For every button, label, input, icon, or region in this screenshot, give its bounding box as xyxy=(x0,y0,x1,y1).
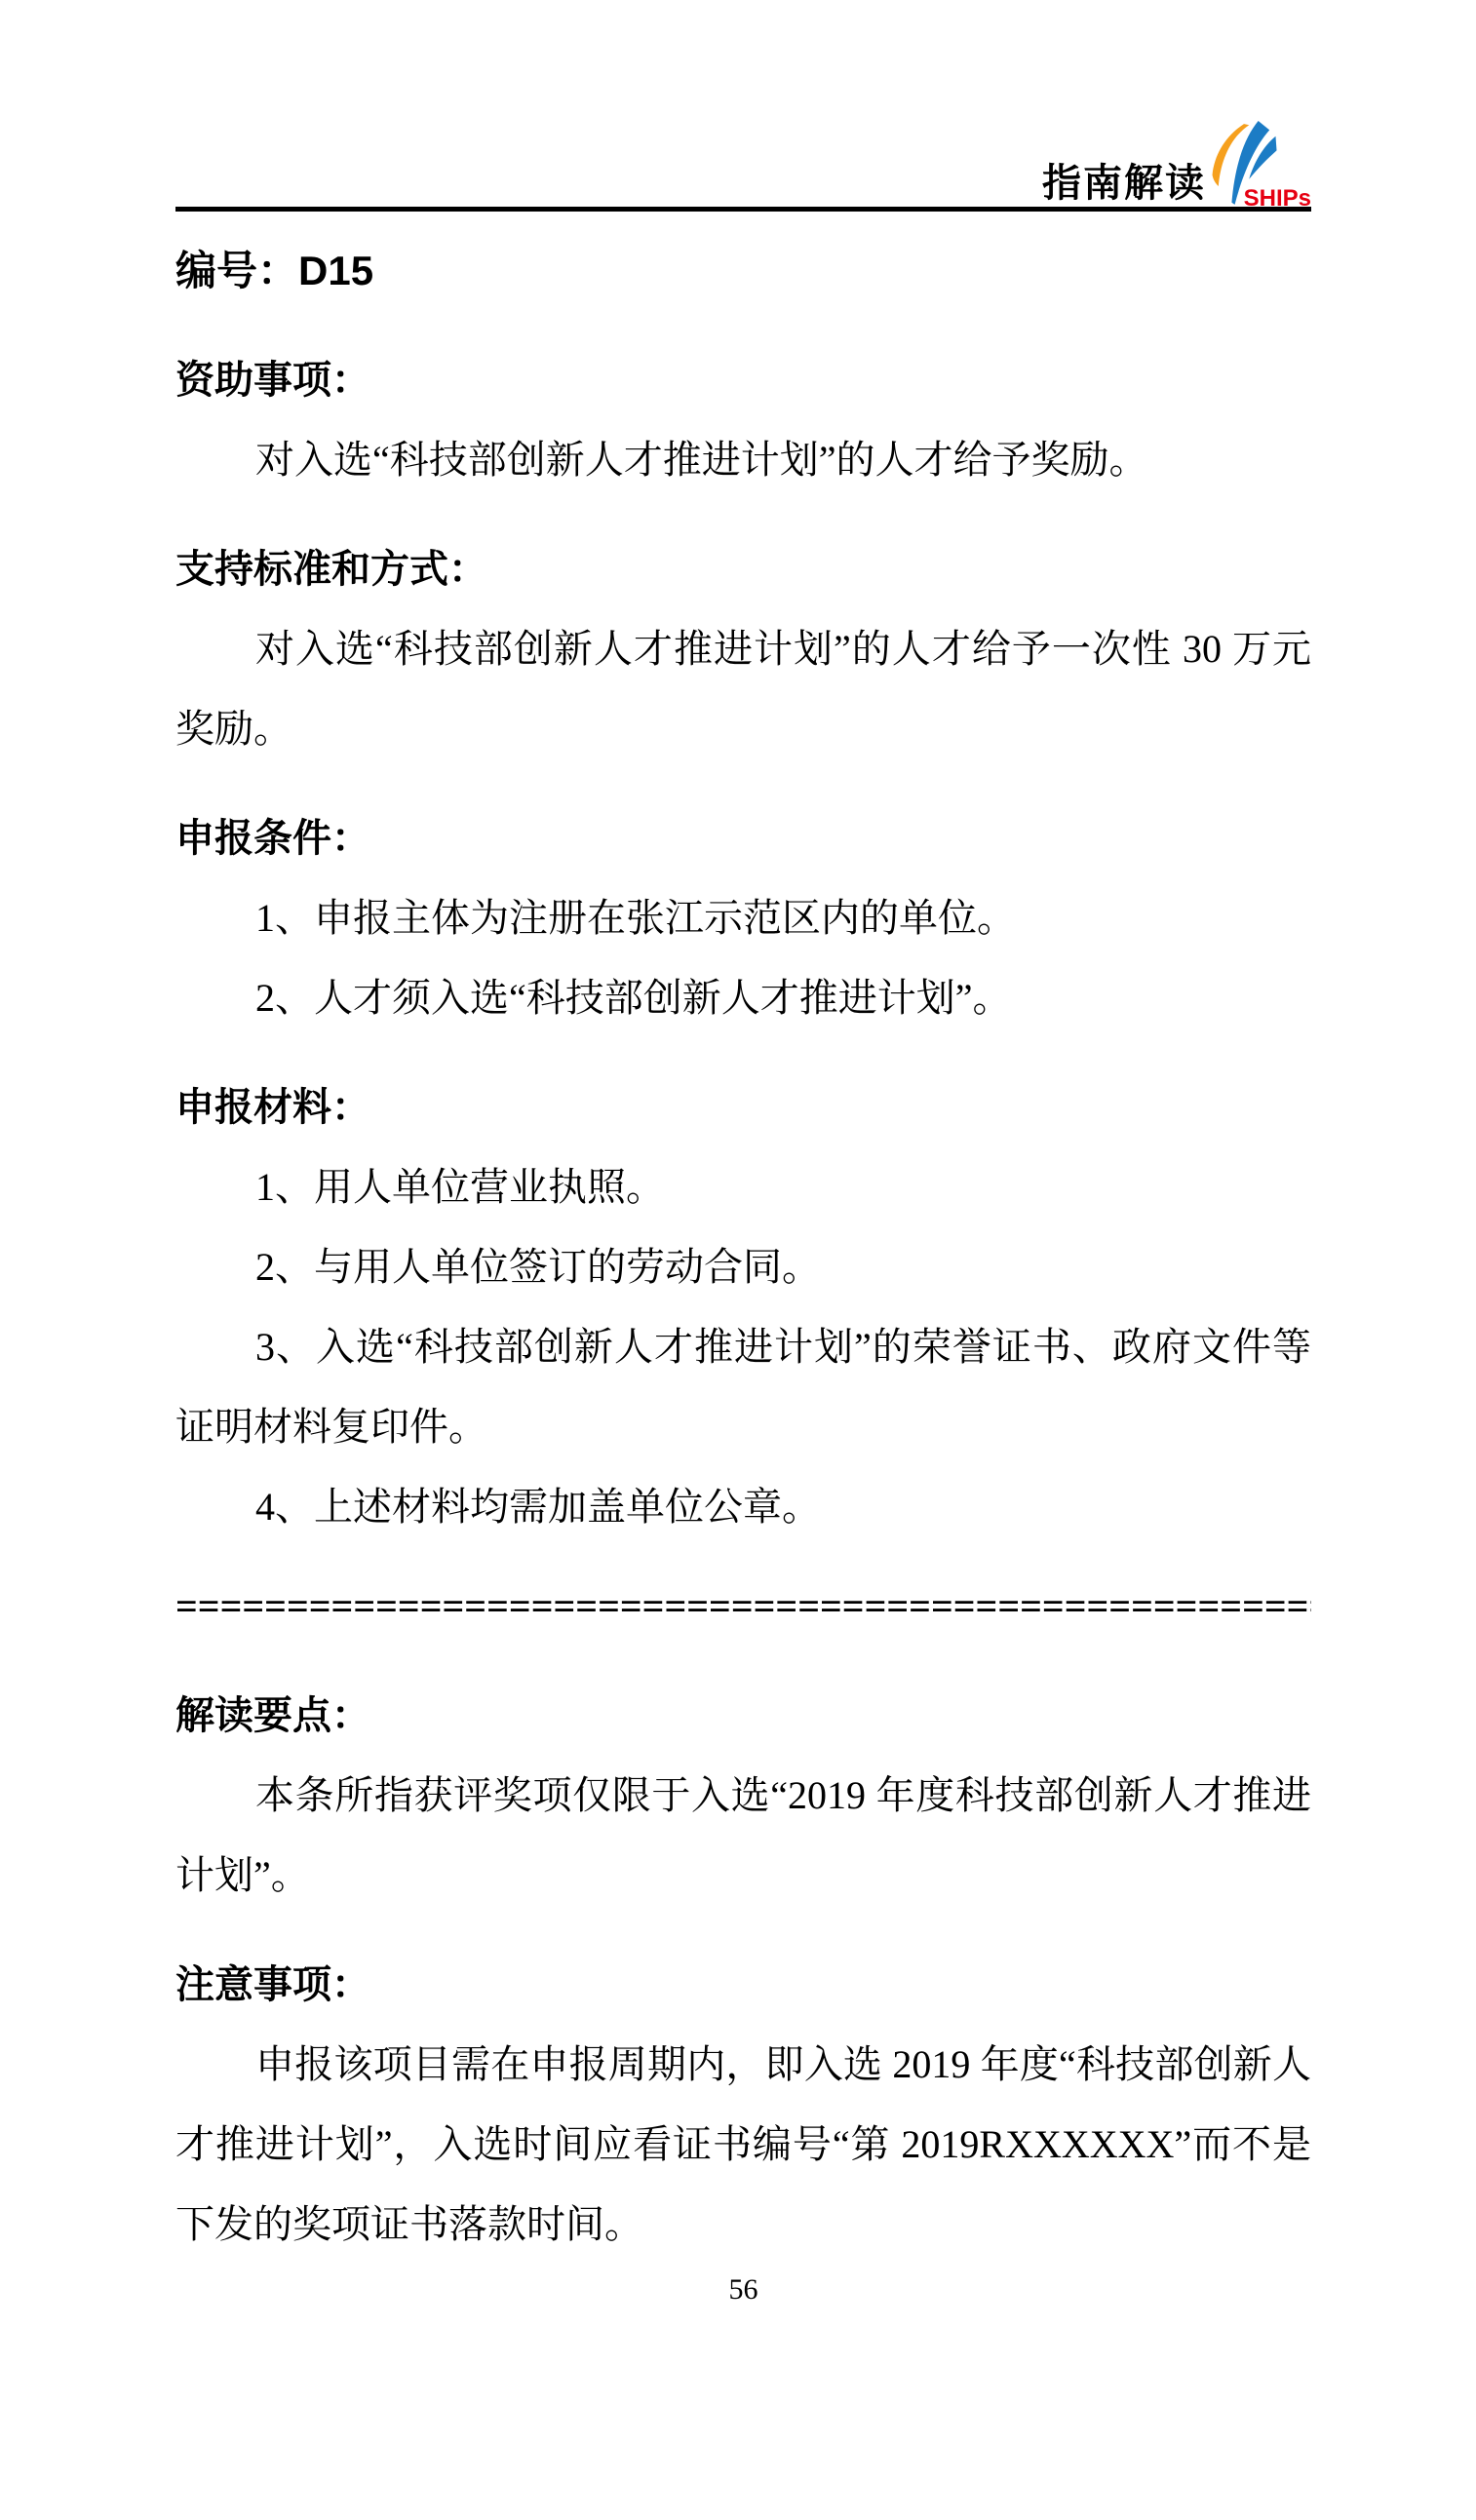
doc-number: 编号：D15 xyxy=(175,231,1311,311)
material-item: 2、与用人单位签订的劳动合同。 xyxy=(175,1227,1311,1307)
support-standard-paragraph: 对入选“科技部创新人才推进计划”的人才给予一次性 30 万元奖励。 xyxy=(175,609,1311,769)
equals-separator: ========================================… xyxy=(175,1567,1311,1647)
logo-mark: SHIPs xyxy=(1210,121,1311,207)
material-item: 1、用人单位营业执照。 xyxy=(175,1147,1311,1227)
logo-subtext: SHIPs xyxy=(1244,187,1311,211)
document-page: 指南解读 SHIPs 编号：D15 资助事项： 对入选“科技部创新人才推进计划”… xyxy=(0,0,1476,2520)
section-heading-support-standard: 支持标准和方式： xyxy=(175,529,1311,609)
interpretation-paragraph: 本条所指获评奖项仅限于入选“2019 年度科技部创新人才推进计划”。 xyxy=(175,1756,1311,1916)
section-heading-notes: 注意事项： xyxy=(175,1945,1311,2025)
brand-text: 指南解读 xyxy=(1042,164,1206,203)
notes-paragraph: 申报该项目需在申报周期内，即入选 2019 年度“科技部创新人才推进计划”，入选… xyxy=(175,2025,1311,2265)
page-number: 56 xyxy=(175,2270,1311,2309)
section-heading-application-conditions: 申报条件： xyxy=(175,798,1311,878)
material-item: 3、入选“科技部创新人才推进计划”的荣誉证书、政府文件等证明材料复印件。 xyxy=(175,1307,1311,1467)
funding-paragraph: 对入选“科技部创新人才推进计划”的人才给予奖励。 xyxy=(175,420,1311,500)
logo: 指南解读 SHIPs xyxy=(1042,121,1311,207)
material-item: 4、上述材料均需加盖单位公章。 xyxy=(175,1467,1311,1547)
condition-item: 1、申报主体为注册在张江示范区内的单位。 xyxy=(175,878,1311,958)
section-heading-interpretation: 解读要点： xyxy=(175,1676,1311,1756)
section-heading-application-materials: 申报材料： xyxy=(175,1067,1311,1147)
section-heading-funding: 资助事项： xyxy=(175,340,1311,420)
page-header: 指南解读 SHIPs xyxy=(175,0,1311,212)
condition-item: 2、人才须入选“科技部创新人才推进计划”。 xyxy=(175,958,1311,1038)
